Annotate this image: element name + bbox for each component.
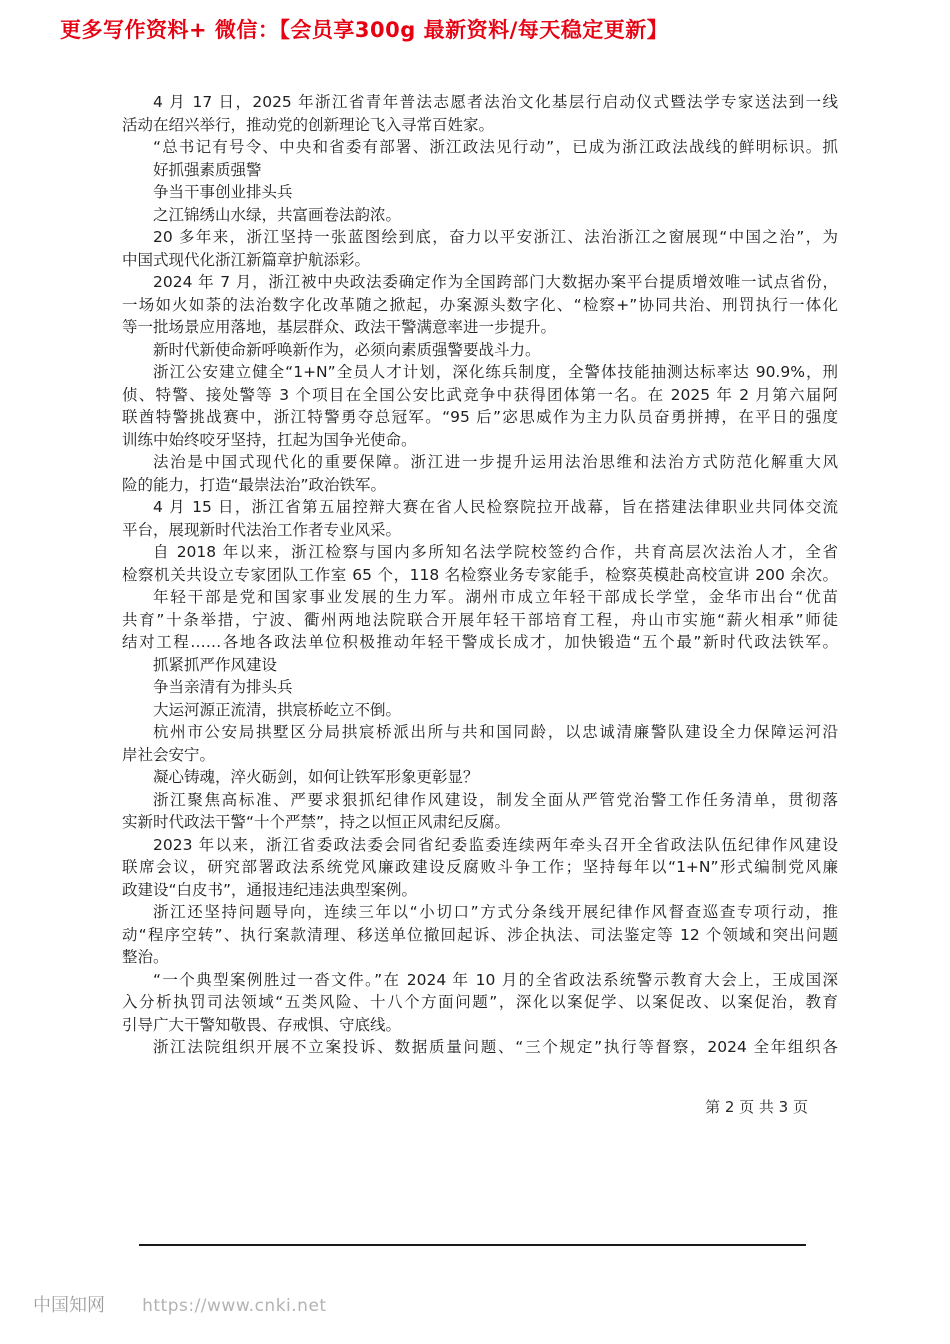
text-line: 4 月 17 日，2025 年浙江省青年普法志愿者法治文化基层行启动仪式暨法学专… xyxy=(122,91,838,114)
text-line: 法治是中国式现代化的重要保障。浙江进一步提升运用法治思维和法治方式防范化解重大风 xyxy=(122,451,838,474)
text-line: 侦、特警、接处警等 3 个项目在全国公安比武竞争中获得团体第一名。在 2025 … xyxy=(122,384,838,407)
text-line: 20 多年来，浙江坚持一张蓝图绘到底，奋力以平安浙江、法治浙江之窗展现“中国之治… xyxy=(122,226,838,249)
text-line: 结对工程……各地各政法单位积极推动年轻干警成长成才，加快锻造“五个最”新时代政法… xyxy=(122,631,838,654)
text-line: 引导广大干警知敬畏、存戒惧、守底线。 xyxy=(122,1014,838,1037)
text-line: 联席会议，研究部署政法系统党风廉政建设反腐败斗争工作；坚持每年以“1+N”形式编… xyxy=(122,856,838,879)
cnki-brand-text: 中国知网 xyxy=(33,1291,105,1317)
text-line: “一个典型案例胜过一沓文件。”在 2024 年 10 月的全省政法系统警示教育大… xyxy=(122,969,838,992)
document-page-body: 4 月 17 日，2025 年浙江省青年普法志愿者法治文化基层行启动仪式暨法学专… xyxy=(122,91,838,1059)
page-number: 第 2 页 共 3 页 xyxy=(705,1096,808,1117)
text-line: 训练中始终咬牙坚持，扛起为国争光使命。 xyxy=(122,429,838,452)
text-line: 凝心铸魂，淬火砺剑，如何让铁军形象更彰显？ xyxy=(122,766,838,789)
page-footer: 中国知网 https://www.cnki.net xyxy=(33,1291,327,1317)
text-line: 争当亲清有为排头兵 xyxy=(122,676,838,699)
text-line: 浙江公安建立健全“1+N”全员人才计划，深化练兵制度，全警体技能抽测达标率达 9… xyxy=(122,361,838,384)
text-line: 杭州市公安局拱墅区分局拱宸桥派出所与共和国同龄，以忠诚清廉警队建设全力保障运河沿 xyxy=(122,721,838,744)
document-lines: 4 月 17 日，2025 年浙江省青年普法志愿者法治文化基层行启动仪式暨法学专… xyxy=(122,91,838,1059)
text-line: 平台，展现新时代法治工作者专业风采。 xyxy=(122,519,838,542)
text-line: 中国式现代化浙江新篇章护航添彩。 xyxy=(122,249,838,272)
text-line: 年轻干部是党和国家事业发展的生力军。湖州市成立年轻干部成长学堂，金华市出台“优苗 xyxy=(122,586,838,609)
text-line: 动“程序空转”、执行案款清理、移送单位撤回起诉、涉企执法、司法鉴定等 12 个领… xyxy=(122,924,838,947)
text-line: 整治。 xyxy=(122,946,838,969)
text-line: 自 2018 年以来，浙江检察与国内多所知名法学院校签约合作，共育高层次法治人才… xyxy=(122,541,838,564)
text-line: 浙江还坚持问题导向，连续三年以“小切口”方式分条线开展纪律作风督查巡查专项行动，… xyxy=(122,901,838,924)
text-line: 浙江法院组织开展不立案投诉、数据质量问题、“三个规定”执行等督察，2024 全年… xyxy=(122,1036,838,1059)
text-line: 争当干事创业排头兵 xyxy=(122,181,838,204)
text-line: 浙江聚焦高标准、严要求狠抓纪律作风建设，制发全面从严管党治警工作任务清单，贯彻落 xyxy=(122,789,838,812)
text-line: 岸社会安宁。 xyxy=(122,744,838,767)
text-line: 4 月 15 日，浙江省第五届控辩大赛在省人民检察院拉开战幕，旨在搭建法律职业共… xyxy=(122,496,838,519)
cnki-url-text: https://www.cnki.net xyxy=(142,1296,326,1316)
text-line: 政建设“白皮书”，通报违纪违法典型案例。 xyxy=(122,879,838,902)
text-line: 联酋特警挑战赛中，浙江特警勇夺总冠军。“95 后”宓思威作为主力队员奋勇拼搏，在… xyxy=(122,406,838,429)
text-line: 大运河源正流清，拱宸桥屹立不倒。 xyxy=(122,699,838,722)
text-line: 检察机关共设立专家团队工作室 65 个，118 名检察业务专家能手，检察英模赴高… xyxy=(122,564,838,587)
text-line: 好抓强素质强警 xyxy=(122,159,838,182)
text-line: 一场如火如荼的法治数字化改革随之掀起，办案源头数字化、“检察+”协同共治、刑罚执… xyxy=(122,294,838,317)
text-line: 新时代新使命新呼唤新作为，必须向素质强警要战斗力。 xyxy=(122,339,838,362)
text-line: 2024 年 7 月，浙江被中央政法委确定作为全国跨部门大数据办案平台提质增效唯… xyxy=(122,271,838,294)
text-line: 活动在绍兴举行，推动党的创新理论飞入寻常百姓家。 xyxy=(122,114,838,137)
text-line: 险的能力，打造“最崇法治”政治铁军。 xyxy=(122,474,838,497)
promo-banner-text: 更多写作资料+ 微信：【会员享300g 最新资料/每天稳定更新】 xyxy=(60,14,668,44)
text-line: 共育”十条举措，宁波、衢州两地法院联合开展年轻干部培育工程，舟山市实施“薪火相承… xyxy=(122,609,838,632)
text-line: 实新时代政法干警“十个严禁”，持之以恒正风肃纪反腐。 xyxy=(122,811,838,834)
text-line: 等一批场景应用落地，基层群众、政法干警满意率进一步提升。 xyxy=(122,316,838,339)
text-line: 抓紧抓严作风建设 xyxy=(122,654,838,677)
text-line: 入分析执罚司法领域“五类风险、十八个方面问题”，深化以案促学、以案促改、以案促治… xyxy=(122,991,838,1014)
text-line: 之江锦绣山水绿，共富画卷法韵浓。 xyxy=(122,204,838,227)
text-line: “总书记有号令、中央和省委有部署、浙江政法见行动”，已成为浙江政法战线的鲜明标识… xyxy=(122,136,838,159)
text-line: 2023 年以来，浙江省委政法委会同省纪委监委连续两年牵头召开全省政法队伍纪律作… xyxy=(122,834,838,857)
footer-divider-line xyxy=(139,1244,806,1246)
